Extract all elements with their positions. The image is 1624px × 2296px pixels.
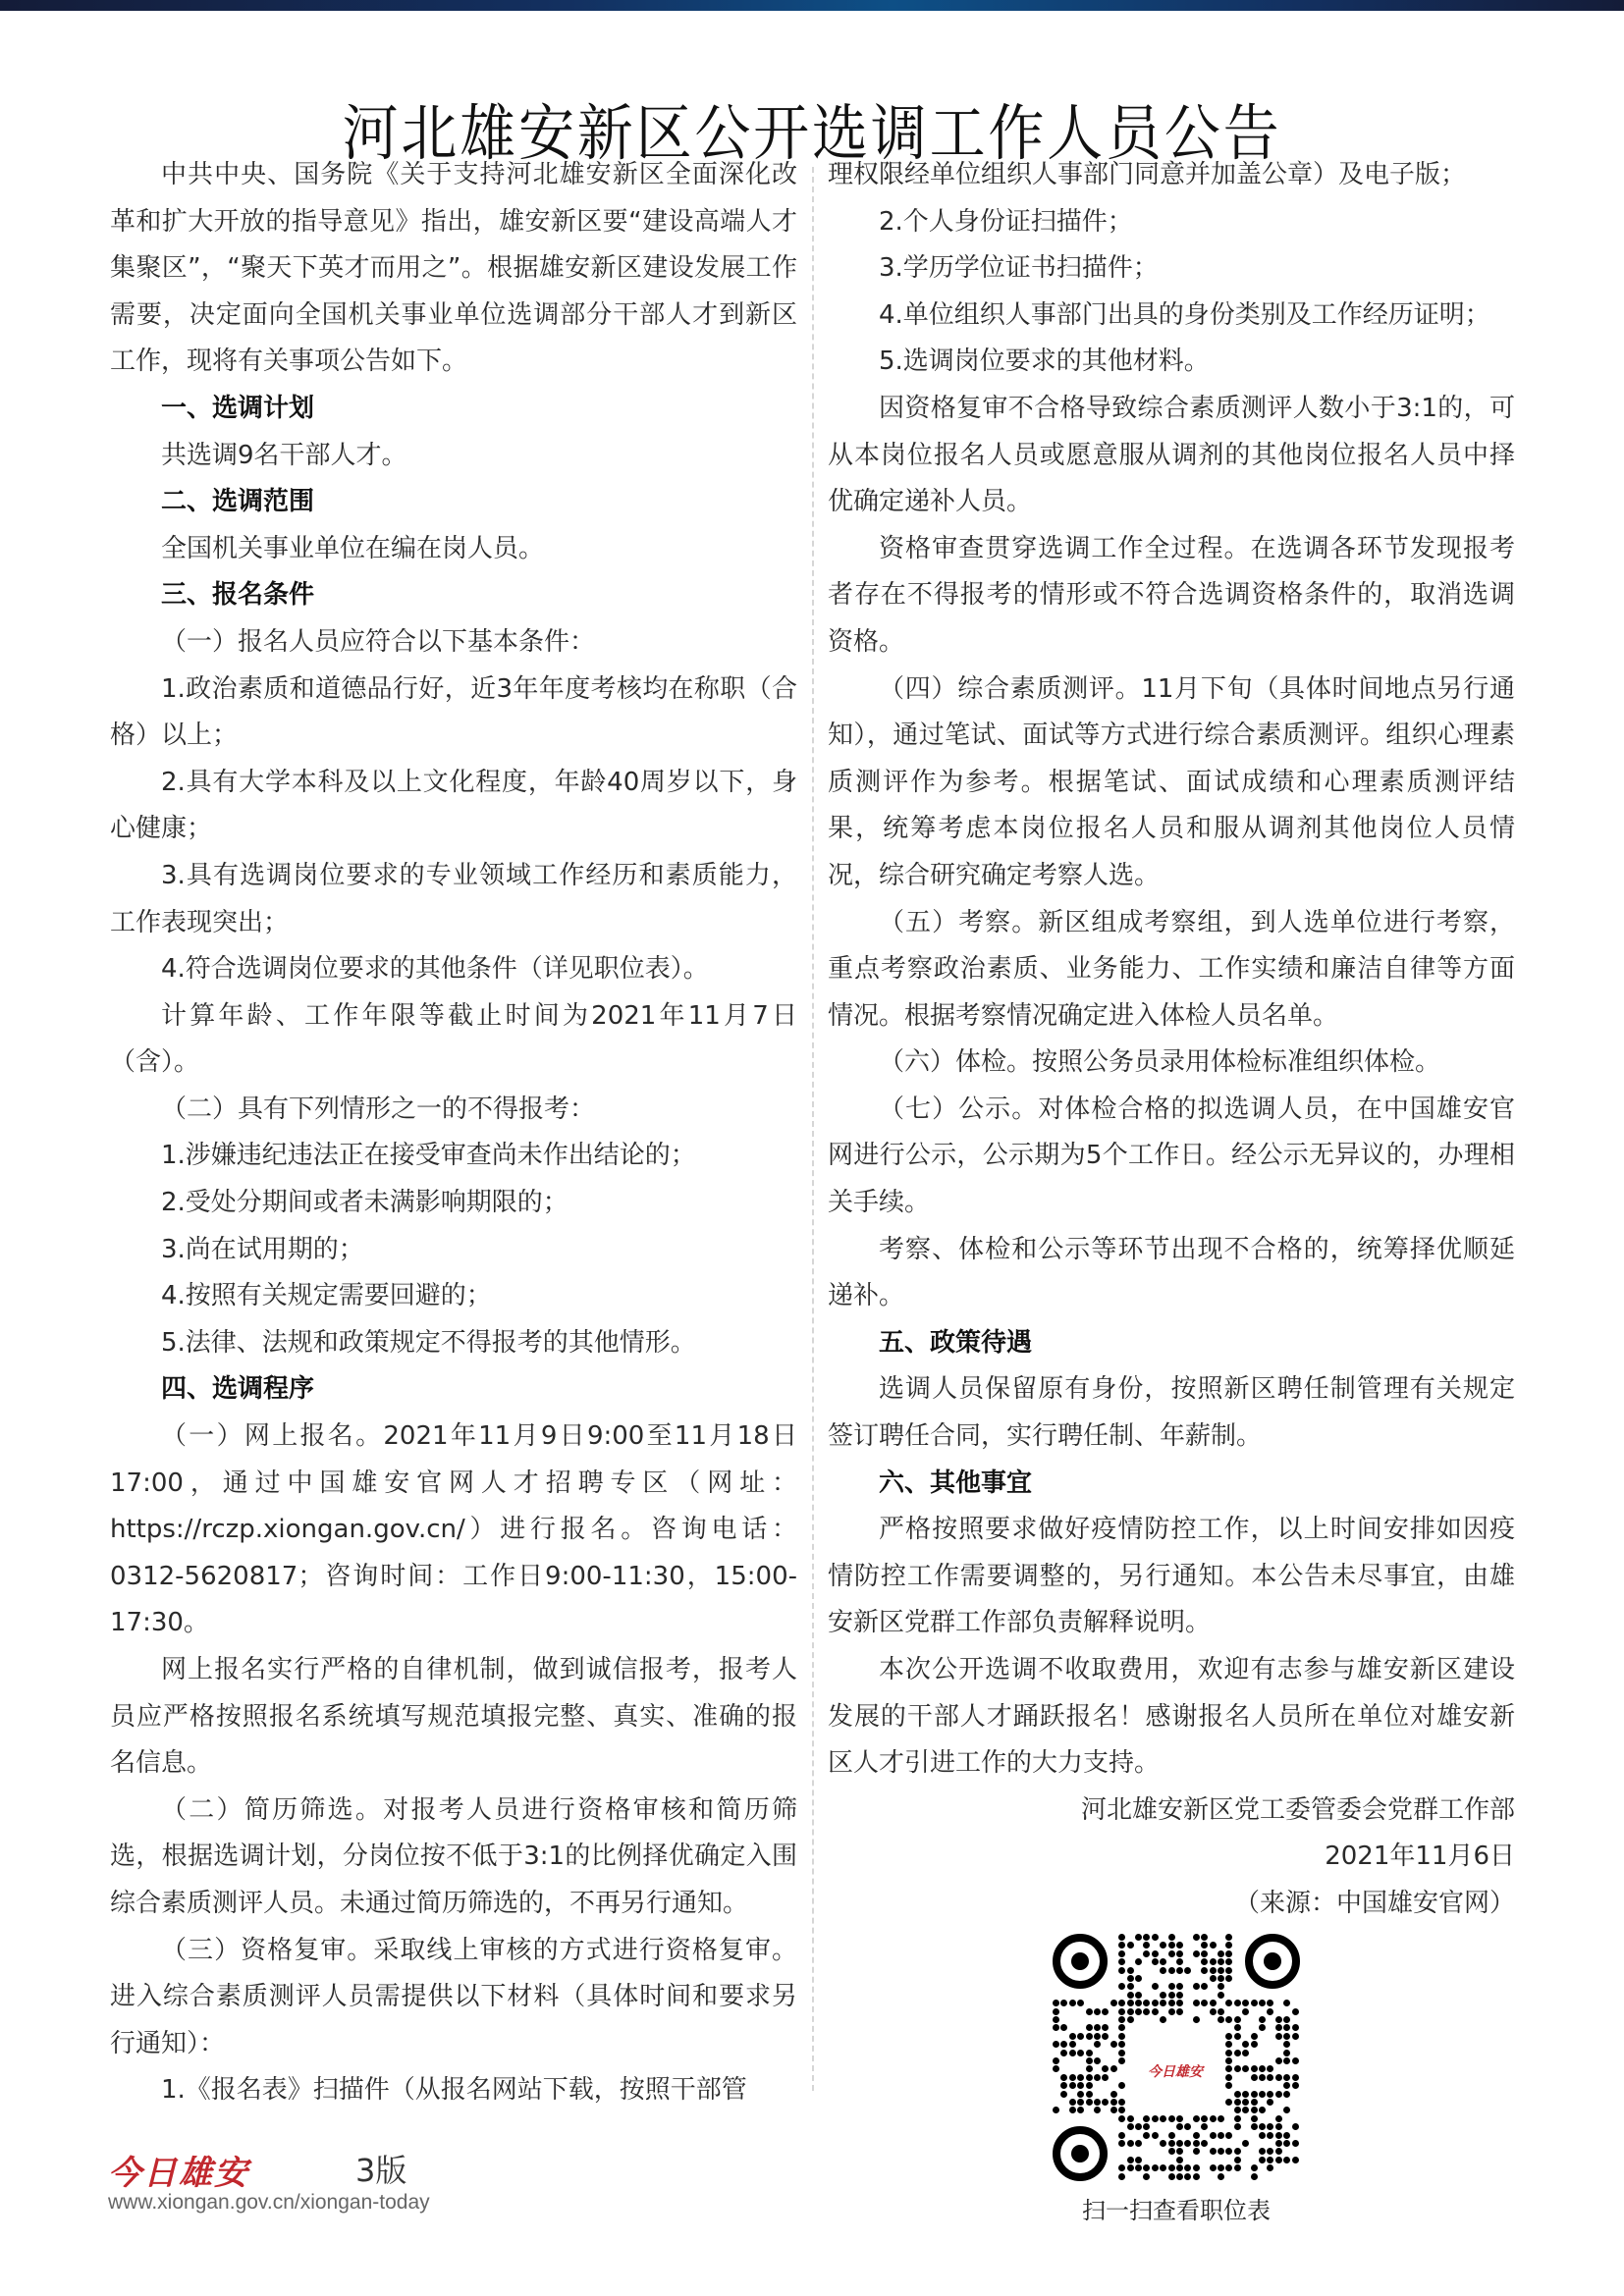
section-heading: 五、政策待遇	[828, 1320, 1515, 1367]
paragraph: 因资格复审不合格导致综合素质测评人数小于3:1的，可从本岗位报名人员或愿意服从调…	[828, 386, 1515, 526]
qr-code[interactable]: 今日雄安	[1053, 1934, 1300, 2181]
paragraph: （六）体检。按照公务员录用体检标准组织体检。	[828, 1040, 1515, 1087]
paragraph: 选调人员保留原有身份，按照新区聘任制管理有关规定签订聘任合同，实行聘任制、年薪制…	[828, 1366, 1515, 1460]
qr-caption: 扫一扫查看职位表	[1041, 2191, 1312, 2225]
paragraph: （二）具有下列情形之一的不得报考：	[110, 1087, 797, 1134]
paragraph: 1.政治素质和道德品行好，近3年年度考核均在称职（合格）以上；	[110, 667, 797, 760]
paragraph: 5.选调岗位要求的其他材料。	[828, 339, 1515, 386]
paragraph: 本次公开选调不收取费用，欢迎有志参与雄安新区建设发展的干部人才踊跃报名！感谢报名…	[828, 1647, 1515, 1788]
paragraph: 共选调9名干部人才。	[110, 433, 797, 480]
right-column: 理权限经单位组织人事部门同意并加盖公章）及电子版；2.个人身份证扫描件；3.学历…	[828, 152, 1515, 1928]
paragraph: 5.法律、法规和政策规定不得报考的其他情形。	[110, 1320, 797, 1367]
qr-center-logo: 今日雄安	[1131, 2032, 1219, 2110]
paragraph: 网上报名实行严格的自律机制，做到诚信报考，报考人员应严格按照报名系统填写规范填报…	[110, 1647, 797, 1788]
paragraph: 3.尚在试用期的；	[110, 1227, 797, 1274]
section-heading: 二、选调范围	[110, 479, 797, 526]
column-divider	[812, 167, 814, 2091]
section-heading: 六、其他事宜	[828, 1461, 1515, 1508]
paragraph: 2021年11月6日	[828, 1834, 1515, 1881]
paragraph: （七）公示。对体检合格的拟选调人员，在中国雄安官网进行公示，公示期为5个工作日。…	[828, 1087, 1515, 1227]
paragraph: 2.具有大学本科及以上文化程度，年龄40周岁以下，身心健康；	[110, 760, 797, 853]
paragraph: 1.涉嫌违纪违法正在接受审查尚未作出结论的；	[110, 1133, 797, 1180]
paragraph: 3.具有选调岗位要求的专业领域工作经历和素质能力，工作表现突出；	[110, 853, 797, 946]
qr-finder-icon	[1245, 1934, 1300, 1989]
paragraph: （来源：中国雄安官网）	[828, 1881, 1515, 1928]
paragraph: 1.《报名表》扫描件（从报名网站下载，按照干部管	[110, 2067, 797, 2114]
footer-url-link[interactable]: www.xiongan.gov.cn/xiongan-today	[108, 2191, 430, 2215]
paragraph: 4.符合选调岗位要求的其他条件（详见职位表）。	[110, 946, 797, 993]
paragraph: 全国机关事业单位在编在岗人员。	[110, 526, 797, 573]
section-heading: 一、选调计划	[110, 386, 797, 433]
qr-finder-icon	[1053, 2126, 1108, 2181]
paragraph: （四）综合素质测评。11月下旬（具体时间地点另行通知），通过笔试、面试等方式进行…	[828, 667, 1515, 900]
paragraph: 理权限经单位组织人事部门同意并加盖公章）及电子版；	[828, 152, 1515, 199]
paragraph: 严格按照要求做好疫情防控工作，以上时间安排如因疫情防控工作需要调整的，另行通知。…	[828, 1507, 1515, 1647]
paragraph: （一）报名人员应符合以下基本条件：	[110, 619, 797, 667]
paragraph: 计算年龄、工作年限等截止时间为2021年11月7日（含）。	[110, 993, 797, 1087]
left-column: 中共中央、国务院《关于支持河北雄安新区全面深化改革和扩大开放的指导意见》指出，雄…	[110, 152, 797, 2114]
paragraph: 资格审查贯穿选调工作全过程。在选调各环节发现报考者存在不得报考的情形或不符合选调…	[828, 526, 1515, 667]
paragraph: （二）简历筛选。对报考人员进行资格审核和简历筛选，根据选调计划，分岗位按不低于3…	[110, 1788, 797, 1928]
top-banner	[0, 0, 1624, 11]
paragraph: 4.单位组织人事部门出具的身份类别及工作经历证明；	[828, 293, 1515, 340]
section-heading: 四、选调程序	[110, 1366, 797, 1414]
newspaper-logo: 今日雄安	[108, 2146, 249, 2194]
qr-finder-icon	[1053, 1934, 1108, 1989]
paragraph: 中共中央、国务院《关于支持河北雄安新区全面深化改革和扩大开放的指导意见》指出，雄…	[110, 152, 797, 386]
paragraph: （三）资格复审。采取线上审核的方式进行资格复审。进入综合素质测评人员需提供以下材…	[110, 1928, 797, 2068]
paragraph: 3.学历学位证书扫描件；	[828, 245, 1515, 293]
paragraph: 考察、体检和公示等环节出现不合格的，统筹择优顺延递补。	[828, 1227, 1515, 1320]
paragraph: （五）考察。新区组成考察组，到人选单位进行考察，重点考察政治素质、业务能力、工作…	[828, 900, 1515, 1041]
paragraph: 4.按照有关规定需要回避的；	[110, 1273, 797, 1320]
section-heading: 三、报名条件	[110, 572, 797, 619]
paragraph: 2.受处分期间或者未满影响期限的；	[110, 1180, 797, 1227]
paragraph: 2.个人身份证扫描件；	[828, 199, 1515, 246]
paragraph: 河北雄安新区党工委管委会党群工作部	[828, 1788, 1515, 1835]
page-number: 3版	[355, 2146, 406, 2191]
paragraph: （一）网上报名。2021年11月9日9:00至11月18日17:00，通过中国雄…	[110, 1414, 797, 1647]
